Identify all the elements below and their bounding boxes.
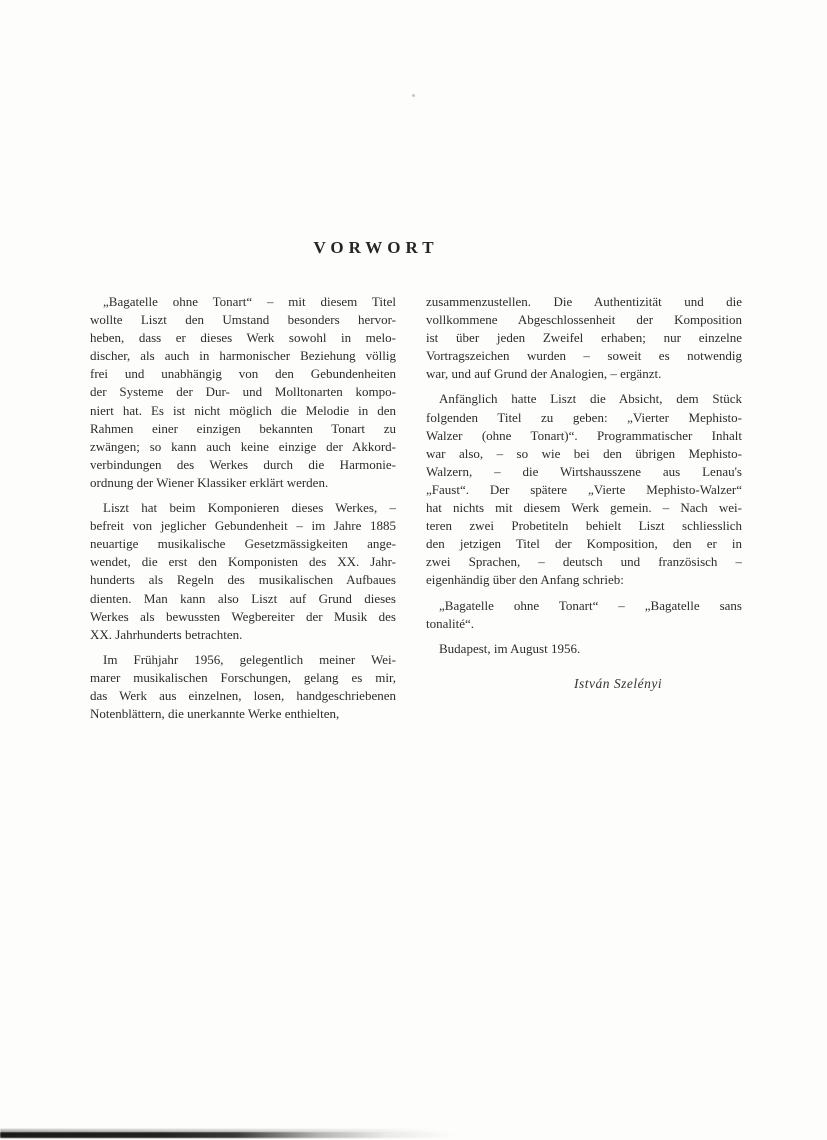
text-line: heben, dass er dieses Werk sowohl in mel…: [90, 329, 396, 347]
column-right: zusammenzustellen. Die Authentizität und…: [426, 293, 742, 730]
text-line: tonalité“.: [426, 615, 742, 633]
text-line: Rahmen einer einzigen bekannten Tonart z…: [90, 420, 396, 438]
text-line: XX. Jahrhunderts betrachten.: [90, 626, 396, 644]
text-line: dienten. Man kann also Liszt auf Grund d…: [90, 590, 396, 608]
text-line: Notenblättern, die unerkannte Werke enth…: [90, 705, 396, 723]
text-line: Werkes als bewussten Wegbereiter der Mus…: [90, 608, 396, 626]
paragraph: Budapest, im August 1956.: [426, 640, 742, 658]
paragraph: Anfänglich hatte Liszt die Absicht, dem …: [426, 390, 742, 589]
scan-speck: [412, 94, 415, 97]
text-line: Anfänglich hatte Liszt die Absicht, dem …: [426, 390, 742, 408]
paragraph: zusammenzustellen. Die Authentizität und…: [426, 293, 742, 383]
paragraph: Liszt hat beim Komponieren dieses Werkes…: [90, 499, 396, 644]
text-line: Walzer (ohne Tonart)“. Programmatischer …: [426, 427, 742, 445]
text-line: ist über jeden Zweifel erhaben; nur einz…: [426, 329, 742, 347]
text-line: verbindungen des Werkes durch die Harmon…: [90, 456, 396, 474]
text-line: Vortragszeichen wurden – soweit es notwe…: [426, 347, 742, 365]
text-line: „Bagatelle ohne Tonart“ – „Bagatelle san…: [426, 597, 742, 615]
text-line: befreit von jeglicher Gebundenheit – im …: [90, 517, 396, 535]
text-line: zwei Sprachen, – deutsch und französisch…: [426, 553, 742, 571]
text-line: der Systeme der Dur- und Molltonarten ko…: [90, 383, 396, 401]
text-line: hat nichts mit diesem Werk gemein. – Nac…: [426, 499, 742, 517]
text-line: zwängen; so kann auch keine einzige der …: [90, 438, 396, 456]
text-line: frei und unabhängig von den Gebundenheit…: [90, 365, 396, 383]
column-left: „Bagatelle ohne Tonart“ – mit diesem Tit…: [90, 293, 396, 730]
text-line: hunderts als Regeln des musikalischen Au…: [90, 571, 396, 589]
text-line: war also, – so wie bei den übrigen Mephi…: [426, 445, 742, 463]
text-line: vollkommene Abgeschlossenheit der Kompos…: [426, 311, 742, 329]
text-line: war, und auf Grund der Analogien, – ergä…: [426, 365, 742, 383]
text-line: folgenden Titel zu geben: „Vierter Mephi…: [426, 409, 742, 427]
text-line: Budapest, im August 1956.: [426, 640, 742, 658]
paragraph: „Bagatelle ohne Tonart“ – mit diesem Tit…: [90, 293, 396, 492]
text-line: „Faust“. Der spätere „Vierte Mephisto-Wa…: [426, 481, 742, 499]
text-line: „Bagatelle ohne Tonart“ – mit diesem Tit…: [90, 293, 396, 311]
text-line: teren zwei Probetiteln behielt Liszt sch…: [426, 517, 742, 535]
author-signature: István Szelényi: [426, 676, 742, 692]
text-line: marer musikalischen Forschungen, gelang …: [90, 669, 396, 687]
text-line: niert hat. Es ist nicht möglich die Melo…: [90, 402, 396, 420]
text-line: zusammenzustellen. Die Authentizität und…: [426, 293, 742, 311]
page-title: VORWORT: [0, 238, 752, 258]
paragraph: „Bagatelle ohne Tonart“ – „Bagatelle san…: [426, 597, 742, 633]
book-page: VORWORT „Bagatelle ohne Tonart“ – mit di…: [0, 0, 827, 1140]
text-line: neuartige musikalische Gesetzmässigkeite…: [90, 535, 396, 553]
text-line: wollte Liszt den Umstand besonders hervo…: [90, 311, 396, 329]
text-line: den jetzigen Titel der Komposition, den …: [426, 535, 742, 553]
bottom-edge-artifact: [0, 1132, 455, 1138]
text-line: discher, als auch in harmonischer Bezieh…: [90, 347, 396, 365]
text-line: Walzern, – die Wirtshausszene aus Lenau'…: [426, 463, 742, 481]
text-columns: „Bagatelle ohne Tonart“ – mit diesem Tit…: [90, 293, 742, 730]
text-line: wendet, die erst den Komponisten des XX.…: [90, 553, 396, 571]
text-line: Liszt hat beim Komponieren dieses Werkes…: [90, 499, 396, 517]
text-line: ordnung der Wiener Klassiker erklärt wer…: [90, 474, 396, 492]
text-line: das Werk aus einzelnen, losen, handgesch…: [90, 687, 396, 705]
paragraph: Im Frühjahr 1956, gelegentlich meiner We…: [90, 651, 396, 723]
text-line: eigenhändig über den Anfang schrieb:: [426, 571, 742, 589]
text-line: Im Frühjahr 1956, gelegentlich meiner We…: [90, 651, 396, 669]
